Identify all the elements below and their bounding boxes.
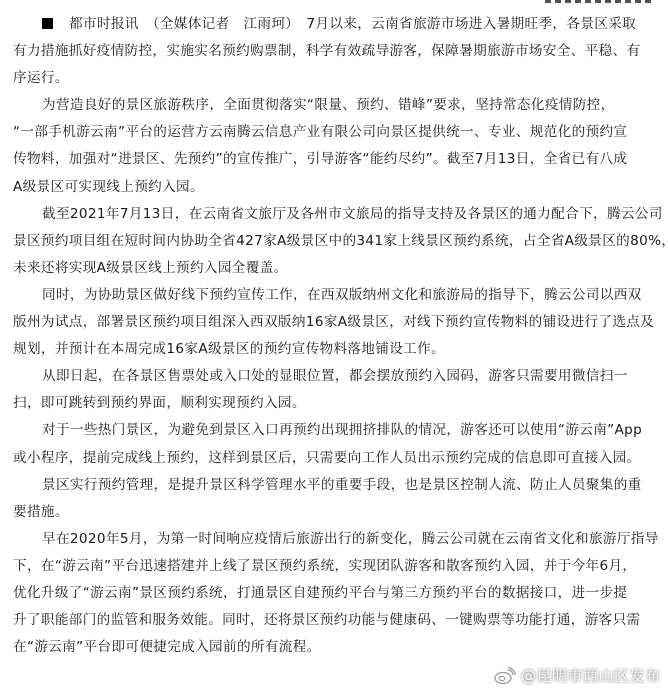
paragraph-1: 都市时报讯 （全媒体记者 江雨珂） 7月以来，云南省旅游市场进入暑期旺季，各景区… [13,11,658,92]
paragraph-6: 对于一些热门景区，为避免到景区入口再预约出现拥挤排队的情况，游客还可以使用“游云… [13,417,658,471]
cropped-text-fragment [545,0,655,3]
article-line: 扫，即可跳转到预约界面，顺利实现预约入园。 [13,390,658,417]
article-body: 都市时报讯 （全媒体记者 江雨珂） 7月以来，云南省旅游市场进入暑期旺季，各景区… [13,11,658,661]
article-line: 对于一些热门景区，为避免到景区入口再预约出现拥挤排队的情况，游客还可以使用“游云… [13,417,658,444]
article-line: “一部手机游云南”平台的运营方云南腾云信息产业有限公司向景区提供统一、专业、规范… [13,119,658,146]
article-line: 下，在“游云南”平台迅速搭建并上线了景区预约系统，实现团队游客和散客预约入园，并… [13,553,658,580]
article-line: 早在2020年5月，为第一时间响应疫情后旅游出行的新变化，腾云公司就在云南省文化… [13,526,658,553]
article-line: 景区实行预约管理，是提升景区科学管理水平的重要手段，也是景区控制人流、防止人员聚… [13,472,658,499]
paragraph-7: 景区实行预约管理，是提升景区科学管理水平的重要手段，也是景区控制人流、防止人员聚… [13,472,658,526]
article-line: 景区预约项目组在短时间内协助全省427家A级景区中的341家上线景区预约系统，占… [13,228,658,255]
paragraph-2: 为营造良好的景区旅游秩序，全面贯彻落实“限量、预约、错峰”要求，坚持常态化疫情防… [13,92,658,200]
weibo-watermark: @昆明市西山区发布 [494,665,661,686]
article-line: 或小程序，提前完成线上预约，这样到景区后，只需要向工作人员出示预约完成的信息即可… [13,445,658,472]
paragraph-8: 早在2020年5月，为第一时间响应疫情后旅游出行的新变化，腾云公司就在云南省文化… [13,526,658,661]
article-line: 有力措施抓好疫情防控，实施实名预约购票制，科学有效疏导游客，保障暑期旅游市场安全… [13,38,658,65]
article-line: 传物料，加强对“进景区、先预约”的宣传推广，引导游客“能约尽约”。截至7月13日… [13,146,658,173]
paragraph-3: 截至2021年7月13日，在云南省文旅厅及各州市文旅局的指导支持及各景区的通力配… [13,201,658,282]
article-line: 同时，为协助景区做好线下预约宣传工作，在西双版纳州文化和旅游局的指导下，腾云公司… [13,282,658,309]
article-line: A级景区可实现线上预约入园。 [13,174,658,201]
watermark-text: @昆明市西山区发布 [521,665,661,686]
paragraph-4: 同时，为协助景区做好线下预约宣传工作，在西双版纳州文化和旅游局的指导下，腾云公司… [13,282,658,363]
article-line: 从即日起，在各景区售票处或入口处的显眼位置，都会摆放预约入园码，游客只需要用微信… [13,363,658,390]
article-line: 截至2021年7月13日，在云南省文旅厅及各州市文旅局的指导支持及各景区的通力配… [13,201,658,228]
article-line: 升了职能部门的监管和服务效能。同时，还将景区预约功能与健康码、一键购票等功能打通… [13,607,658,634]
article-line: 优化升级了“游云南”景区预约系统，打通景区自建预约平台与第三方预约平台的数据接口… [13,580,658,607]
article-line: 在“游云南”平台即可便捷完成入园前的所有流程。 [13,634,658,661]
article-line: 版州为试点，部署景区预约项目组深入西双版纳16家A级景区，对线下预约宣传物料的铺… [13,309,658,336]
article-line: 要措施。 [13,499,658,526]
bullet-square-icon [42,18,53,29]
article-line: 序运行。 [13,65,658,92]
article-line: 为营造良好的景区旅游秩序，全面贯彻落实“限量、预约、错峰”要求，坚持常态化疫情防… [13,92,658,119]
article-line: 未来还将实现A级景区线上预约入园全覆盖。 [13,255,658,282]
article-line: 规划，并预计在本周完成16家A级景区的预约宣传物料落地铺设工作。 [13,336,658,363]
paragraph-5: 从即日起，在各景区售票处或入口处的显眼位置，都会摆放预约入园码，游客只需要用微信… [13,363,658,417]
article-line: 都市时报讯 （全媒体记者 江雨珂） 7月以来，云南省旅游市场进入暑期旺季，各景区… [13,11,658,38]
weibo-icon [494,667,516,685]
